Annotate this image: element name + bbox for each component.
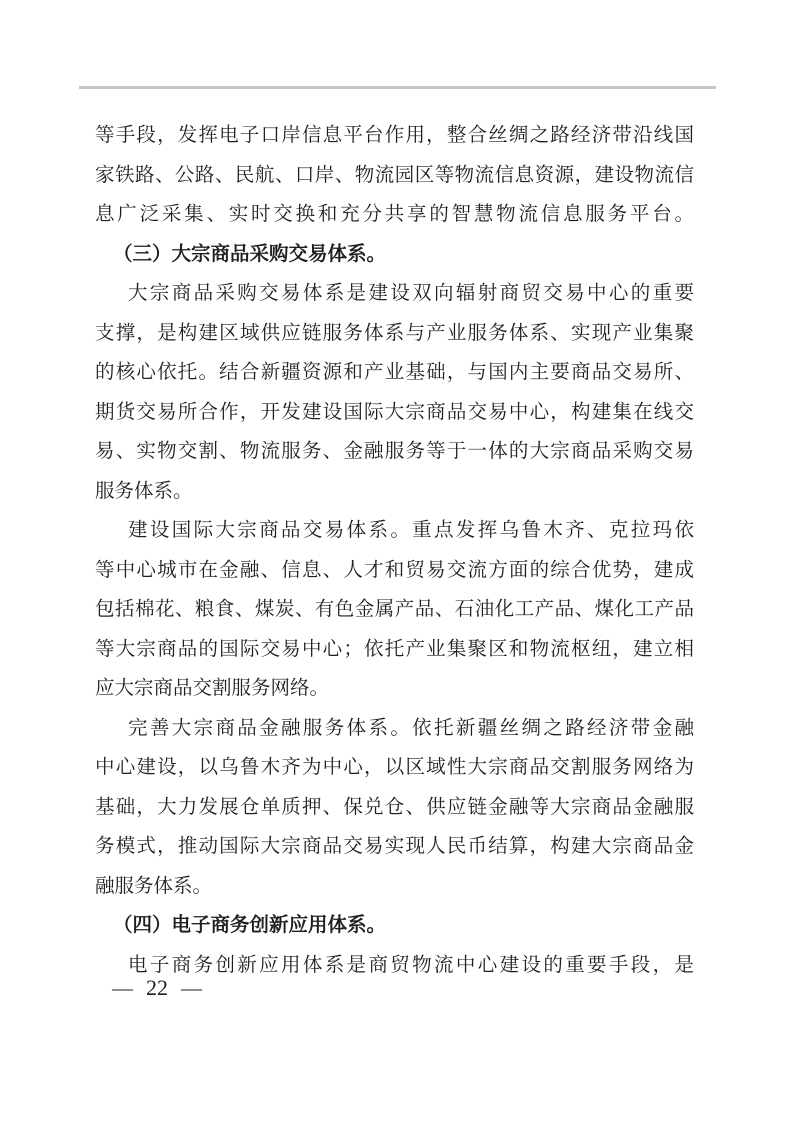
text-line: 期货交易所合作，开发建设国际大宗商品交易中心，构建集在线交	[95, 393, 694, 433]
text-line: 建设国际大宗商品交易体系。重点发挥乌鲁木齐、克拉玛依	[95, 511, 694, 551]
text-line: 完善大宗商品金融服务体系。依托新疆丝绸之路经济带金融	[95, 709, 694, 749]
text-line: 等中心城市在金融、信息、人才和贸易交流方面的综合优势，建成	[95, 551, 694, 591]
section-heading: （四）电子商务创新应用体系。	[95, 906, 694, 946]
text-line: 包括棉花、粮食、煤炭、有色金属产品、石油化工产品、煤化工产品	[95, 590, 694, 630]
text-line: 务模式，推动国际大宗商品交易实现人民币结算，构建大宗商品金	[95, 827, 694, 867]
text-line: 中心建设，以乌鲁木齐为中心，以区域性大宗商品交割服务网络为	[95, 748, 694, 788]
text-line: 等手段，发挥电子口岸信息平台作用，整合丝绸之路经济带沿线国	[95, 116, 694, 156]
text-line: 应大宗商品交割服务网络。	[95, 669, 694, 709]
page-number: 22	[146, 974, 168, 1002]
text-line: 的核心依托。结合新疆资源和产业基础，与国内主要商品交易所、	[95, 353, 694, 393]
footer-dash-right: —	[181, 974, 202, 1002]
text-line: 服务体系。	[95, 472, 694, 512]
text-line: 支撑，是构建区域供应链服务体系与产业服务体系、实现产业集聚	[95, 314, 694, 354]
text-line: 基础，大力发展仓单质押、保兑仓、供应链金融等大宗商品金融服	[95, 788, 694, 828]
text-line: 易、实物交割、物流服务、金融服务等于一体的大宗商品采购交易	[95, 432, 694, 472]
text-line: 家铁路、公路、民航、口岸、物流园区等物流信息资源，建设物流信	[95, 156, 694, 196]
document-page: 等手段，发挥电子口岸信息平台作用，整合丝绸之路经济带沿线国家铁路、公路、民航、口…	[0, 0, 793, 1122]
document-lines: 等手段，发挥电子口岸信息平台作用，整合丝绸之路经济带沿线国家铁路、公路、民航、口…	[95, 116, 694, 985]
header-rule	[79, 86, 716, 89]
footer-dash-left: —	[112, 974, 133, 1002]
text-line: 等大宗商品的国际交易中心；依托产业集聚区和物流枢纽，建立相	[95, 630, 694, 670]
text-line: 融服务体系。	[95, 867, 694, 907]
text-line: 大宗商品采购交易体系是建设双向辐射商贸交易中心的重要	[95, 274, 694, 314]
page-footer: — 22 —	[112, 974, 202, 1002]
text-line: 息广泛采集、实时交换和充分共享的智慧物流信息服务平台。	[95, 195, 694, 235]
section-heading: （三）大宗商品采购交易体系。	[95, 235, 694, 275]
